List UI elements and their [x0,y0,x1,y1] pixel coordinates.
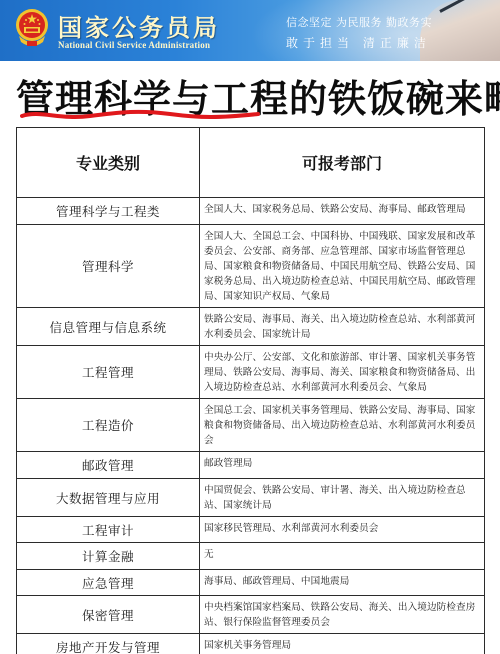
national-emblem-icon [15,8,49,50]
departments-cell: 无 [200,543,485,570]
major-cell: 房地产开发与管理 [17,634,200,654]
departments-cell: 国家机关事务管理局 [200,634,485,654]
departments-cell: 中央档案馆国家档案局、铁路公安局、海关、出入境边防检查房站、银行保险监督管理委员… [200,596,485,634]
table-row: 管理科学与工程类 全国人大、国家税务总局、铁路公安局、海事局、邮政管理局 [17,198,485,225]
major-cell: 工程管理 [17,346,200,399]
departments-cell: 中央办公厅、公安部、文化和旅游部、审计署、国家机关事务管理局、铁路公安局、海事局… [200,346,485,399]
departments-cell: 铁路公安局、海事局、海关、出入境边防检查总站、水利部黄河水利委员会、国家统计局 [200,308,485,346]
table-row: 应急管理 海事局、邮政管理局、中国地震局 [17,570,485,596]
major-cell: 邮政管理 [17,452,200,479]
header-major-category: 专业类别 [17,128,200,198]
table-row: 信息管理与信息系统 铁路公安局、海事局、海关、出入境边防检查总站、水利部黄河水利… [17,308,485,346]
major-cell: 管理科学与工程类 [17,198,200,225]
major-cell: 工程造价 [17,399,200,452]
departments-cell: 全国人大、国家税务总局、铁路公安局、海事局、邮政管理局 [200,198,485,225]
table-row: 工程造价 全国总工会、国家机关事务管理局、铁路公安局、海事局、国家粮食和物资储备… [17,399,485,452]
majors-table: 专业类别 可报考部门 管理科学与工程类 全国人大、国家税务总局、铁路公安局、海事… [16,127,485,654]
slogan-line-2: 敢于担当 清正廉洁 [286,34,431,51]
major-cell: 保密管理 [17,596,200,634]
departments-cell: 全国人大、全国总工会、中国科协、中国残联、国家发展和改革委员会、公安部、商务部、… [200,225,485,308]
departments-cell: 国家移民管理局、水利部黄河水利委员会 [200,517,485,543]
header-banner: 国家公务员局 National Civil Service Administra… [0,0,500,61]
major-cell: 应急管理 [17,570,200,596]
table-row: 计算金融 无 [17,543,485,570]
logo-chinese-text: 国家公务员局 [58,8,220,43]
header-eligible-departments: 可报考部门 [200,128,485,198]
major-cell: 工程审计 [17,517,200,543]
major-cell: 大数据管理与应用 [17,479,200,517]
table-row: 管理科学 全国人大、全国总工会、中国科协、中国残联、国家发展和改革委员会、公安部… [17,225,485,308]
table-row: 工程审计 国家移民管理局、水利部黄河水利委员会 [17,517,485,543]
major-cell: 信息管理与信息系统 [17,308,200,346]
slogan-line-1: 信念坚定 为民服务 勤政务实 [286,14,432,30]
departments-cell: 全国总工会、国家机关事务管理局、铁路公安局、海事局、国家粮食和物资储备局、出入境… [200,399,485,452]
table-row: 大数据管理与应用 中国贸促会、铁路公安局、审计署、海关、出入境边防检查总站、国家… [17,479,485,517]
departments-cell: 海事局、邮政管理局、中国地震局 [200,570,485,596]
major-cell: 管理科学 [17,225,200,308]
table-row: 保密管理 中央档案馆国家档案局、铁路公安局、海关、出入境边防检查房站、银行保险监… [17,596,485,634]
table-row: 邮政管理 邮政管理局 [17,452,485,479]
table-row: 工程管理 中央办公厅、公安部、文化和旅游部、审计署、国家机关事务管理局、铁路公安… [17,346,485,399]
logo-english-text: National Civil Service Administration [58,40,210,50]
major-cell: 计算金融 [17,543,200,570]
red-underline-decoration [20,108,260,124]
table-row: 房地产开发与管理 国家机关事务管理局 [17,634,485,654]
departments-cell: 邮政管理局 [200,452,485,479]
departments-cell: 中国贸促会、铁路公安局、审计署、海关、出入境边防检查总站、国家统计局 [200,479,485,517]
table-header-row: 专业类别 可报考部门 [17,128,485,198]
